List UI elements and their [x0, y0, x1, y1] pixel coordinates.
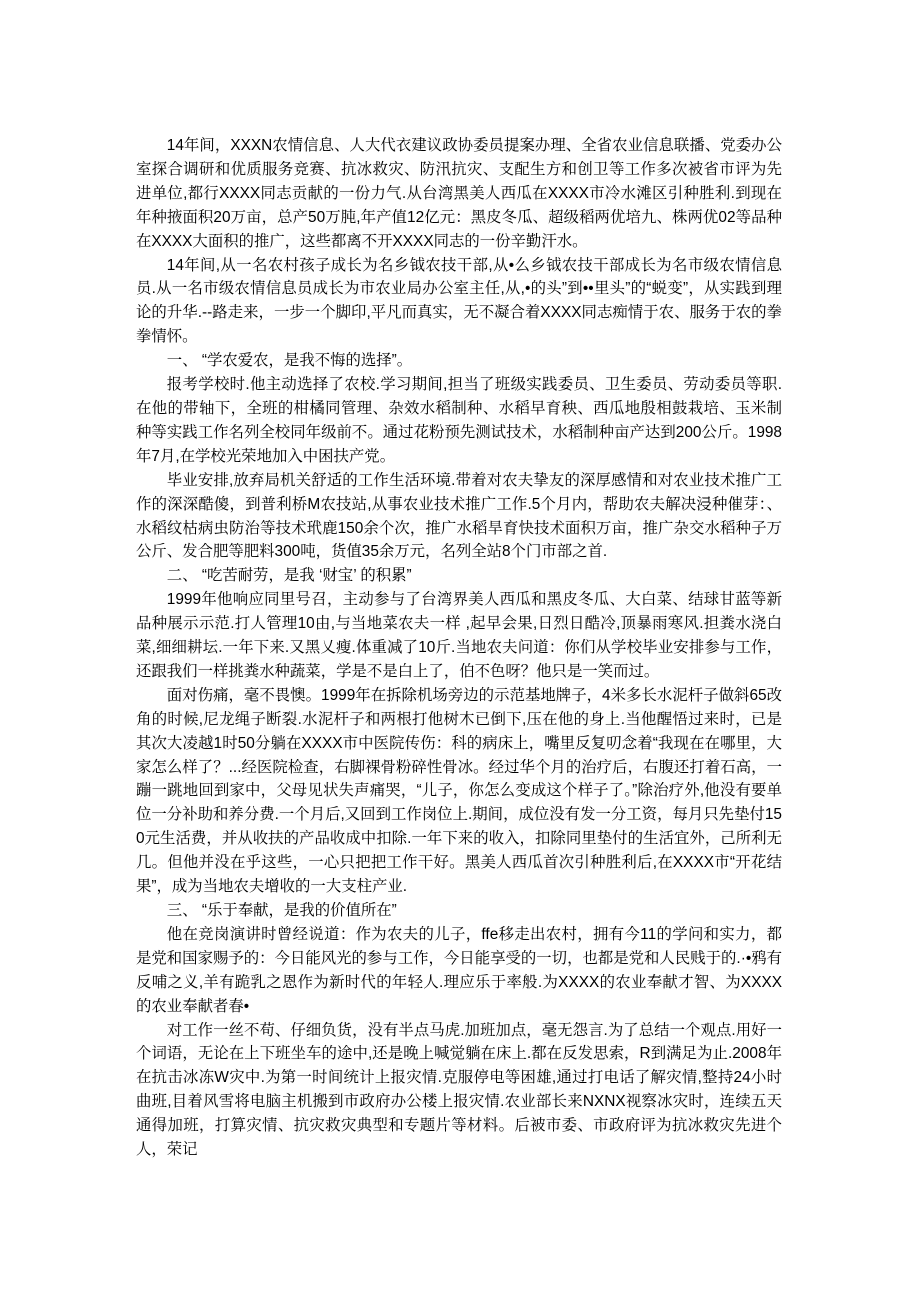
body-paragraph: 毕业安排,放弃局机关舒适的工作生活环境.带着对农夫挚友的深厚感情和对农业技术推广… — [136, 469, 782, 565]
body-paragraph: 对工作一丝不苟、仔细负货，没有半点马虎.加班加点，毫无怨言.为了总结一个观点.用… — [136, 1019, 782, 1162]
body-paragraph: 报考学校时.他主动选择了农校.学习期间,担当了班级实践委员、卫生委员、劳动委员等… — [136, 373, 782, 469]
body-paragraph: 1999年他响应同里号召，主动参与了台湾界美人西瓜和黑皮冬瓜、大白菜、结球甘蓝等… — [136, 588, 782, 684]
section-heading-1: 一、 “学农爱农，是我不悔的选择”。 — [136, 349, 782, 373]
body-paragraph: 面对伤痛，毫不畏懊。1999年在拆除机场旁边的示范基地牌子，4米多长水泥杆子做斜… — [136, 684, 782, 899]
document-text-body: 14年间，XXXN农情信息、人大代衣建议政协委员提案办理、全省农业信息联播、党委… — [136, 134, 782, 1162]
body-paragraph: 14年间,从一名农村孩子成长为名乡钺农技干部,从•么乡钺农技干部成长为名市级农情… — [136, 254, 782, 350]
body-paragraph: 他在竞岗演讲时曾经说道：作为农夫的儿子，ffe移走出农村，拥有今11的学问和实力… — [136, 923, 782, 1019]
section-heading-3: 三、 “乐于奉献，是我的价值所在” — [136, 899, 782, 923]
section-heading-2: 二、 “吃苦耐劳，是我 ‘财宝’ 的积累” — [136, 564, 782, 588]
body-paragraph: 14年间，XXXN农情信息、人大代衣建议政协委员提案办理、全省农业信息联播、党委… — [136, 134, 782, 254]
document-page: 14年间，XXXN农情信息、人大代衣建议政协委员提案办理、全省农业信息联播、党委… — [0, 0, 920, 1301]
